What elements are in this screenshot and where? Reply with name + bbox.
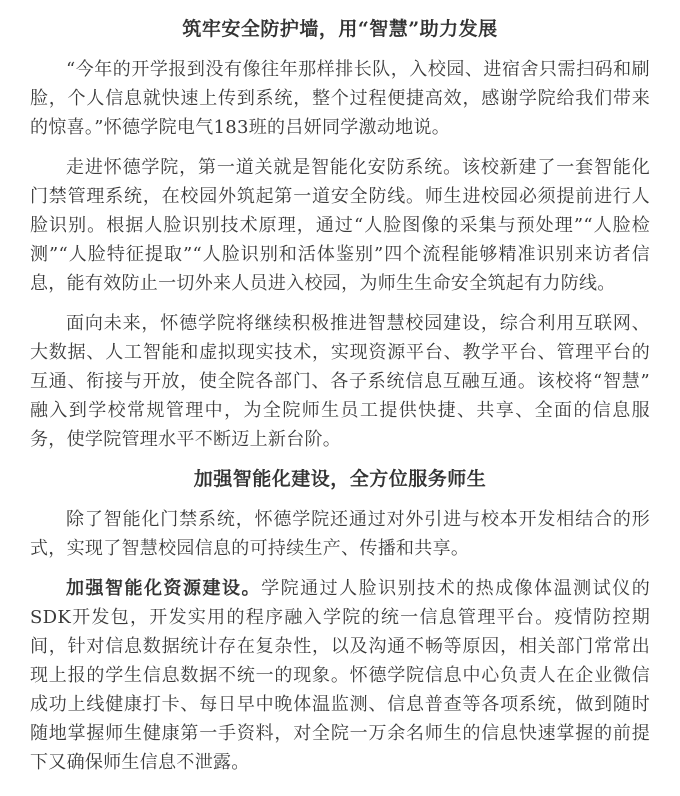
document-page: 筑牢安全防护墙，用“智慧”助力发展 “今年的开学报到没有像往年那样排长队，入校园… — [0, 0, 680, 796]
paragraph-access-control: 走进怀德学院，第一道关就是智能化安防系统。该校新建了一套智能化门禁管理系统，在校… — [30, 153, 650, 298]
paragraph-intro-smart-campus: 除了智能化门禁系统，怀德学院还通过对外引进与校本开发相结合的形式，实现了智慧校园… — [30, 505, 650, 563]
paragraph-resource-construction-lead: 加强智能化资源建设。 — [66, 578, 261, 599]
section-heading-smart-construction: 加强智能化建设，全方位服务师生 — [30, 465, 650, 494]
paragraph-future-plan: 面向未来，怀德学院将继续积极推进智慧校园建设，综合利用互联网、大数据、人工智能和… — [30, 309, 650, 454]
paragraph-resource-construction: 加强智能化资源建设。学院通过人脸识别技术的热成像体温测试仪的SDK开发包，开发实… — [30, 574, 650, 777]
paragraph-quote-student: “今年的开学报到没有像往年那样排长队，入校园、进宿舍只需扫码和刷脸，个人信息就快… — [30, 55, 650, 142]
paragraph-resource-construction-text: 学院通过人脸识别技术的热成像体温测试仪的SDK开发包，开发实用的程序融入学院的统… — [30, 578, 650, 773]
document-title: 筑牢安全防护墙，用“智慧”助力发展 — [30, 15, 650, 44]
